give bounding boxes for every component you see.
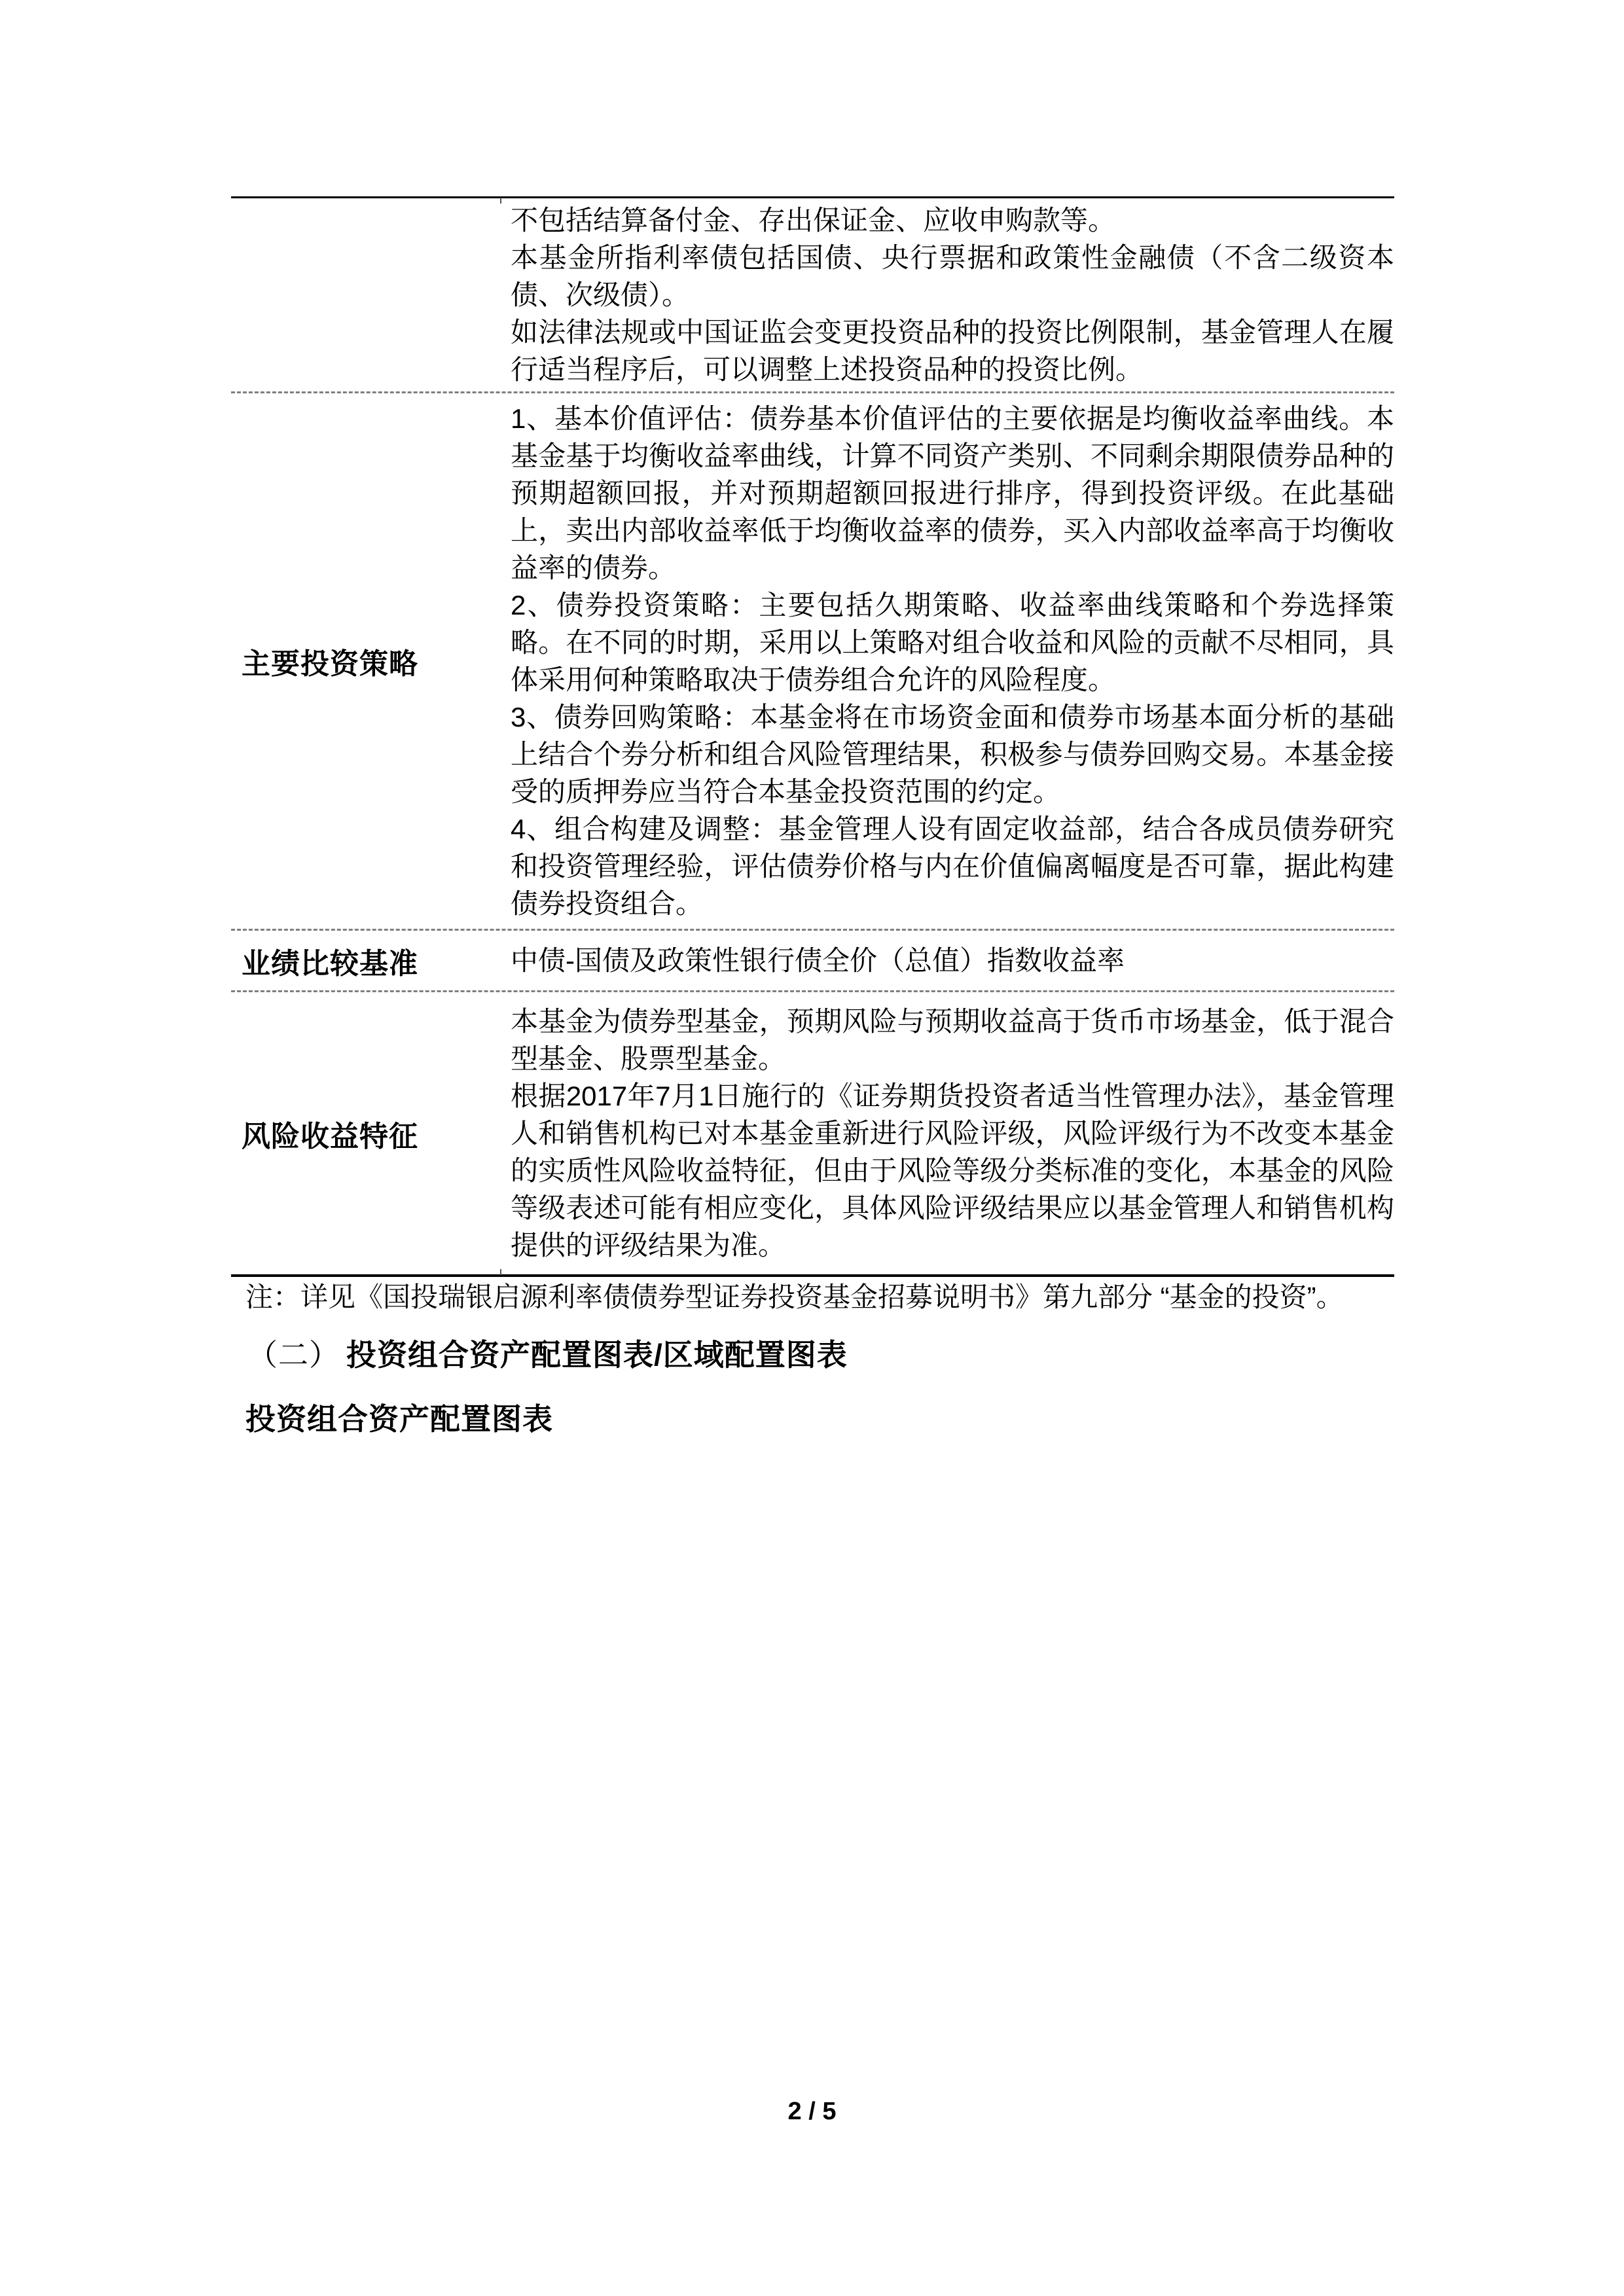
row-content: 不包括结算备付金、存出保证金、应收申购款等。 本基金所指利率债包括国债、央行票据…: [500, 198, 1394, 391]
paragraph: 不包括结算备付金、存出保证金、应收申购款等。: [511, 202, 1394, 239]
paragraph: 如法律法规或中国证监会变更投资品种的投资比例限制，基金管理人在履行适当程序后，可…: [511, 314, 1394, 388]
table-row-performance-benchmark: 业绩比较基准 中债-国债及政策性银行债全价（总值）指数收益率: [231, 929, 1394, 990]
section-heading-title: 投资组合资产配置图表/区域配置图表: [346, 1338, 848, 1372]
table-footnote: 注：详见《国投瑞银启源利率债债券型证券投资基金招募说明书》第九部分 “基金的投资…: [245, 1280, 1398, 1315]
row-label: 主要投资策略: [231, 393, 500, 929]
row-content: 1、基本价值评估：债券基本价值评估的主要依据是均衡收益率曲线。本基金基于均衡收益…: [500, 393, 1394, 929]
subsection-heading: 投资组合资产配置图表: [245, 1395, 553, 1439]
row-label-empty: [231, 198, 500, 391]
section-heading: （二）投资组合资产配置图表/区域配置图表: [247, 1331, 848, 1374]
table-column-divider-tick: [500, 1269, 501, 1275]
paragraph: 本基金所指利率债包括国债、央行票据和政策性金融债（不含二级资本债、次级债）。: [511, 239, 1394, 314]
paragraph: 4、组合构建及调整：基金管理人设有固定收益部，结合各成员债券研究和投资管理经验，…: [511, 810, 1394, 922]
document-page: 不包括结算备付金、存出保证金、应收申购款等。 本基金所指利率债包括国债、央行票据…: [0, 0, 1624, 2296]
section-heading-number: （二）: [247, 1338, 340, 1372]
table-row-risk-return-profile: 风险收益特征 本基金为债券型基金，预期风险与预期收益高于货币市场基金，低于混合型…: [231, 990, 1394, 1274]
paragraph: 3、债券回购策略：本基金将在市场资金面和债券市场基本面分析的基础上结合个券分析和…: [511, 698, 1394, 810]
paragraph: 本基金为债券型基金，预期风险与预期收益高于货币市场基金，低于混合型基金、股票型基…: [511, 1003, 1394, 1077]
row-label: 风险收益特征: [231, 992, 500, 1274]
fund-info-table: 不包括结算备付金、存出保证金、应收申购款等。 本基金所指利率债包括国债、央行票据…: [231, 196, 1394, 1277]
row-content: 中债-国债及政策性银行债全价（总值）指数收益率: [500, 931, 1394, 990]
row-content: 本基金为债券型基金，预期风险与预期收益高于货币市场基金，低于混合型基金、股票型基…: [500, 992, 1394, 1274]
page-number: 2 / 5: [0, 2098, 1624, 2126]
paragraph: 根据2017年7月1日施行的《证券期货投资者适当性管理办法》，基金管理人和销售机…: [511, 1077, 1394, 1264]
paragraph: 1、基本价值评估：债券基本价值评估的主要依据是均衡收益率曲线。本基金基于均衡收益…: [511, 400, 1394, 586]
paragraph: 2、债券投资策略：主要包括久期策略、收益率曲线策略和个券选择策略。在不同的时期，…: [511, 586, 1394, 698]
row-label: 业绩比较基准: [231, 931, 500, 990]
table-column-divider-tick: [500, 198, 501, 204]
table-row-main-investment-strategy: 主要投资策略 1、基本价值评估：债券基本价值评估的主要依据是均衡收益率曲线。本基…: [231, 391, 1394, 929]
table-row-investment-scope-continued: 不包括结算备付金、存出保证金、应收申购款等。 本基金所指利率债包括国债、央行票据…: [231, 198, 1394, 391]
paragraph: 中债-国债及政策性银行债全价（总值）指数收益率: [511, 942, 1125, 979]
